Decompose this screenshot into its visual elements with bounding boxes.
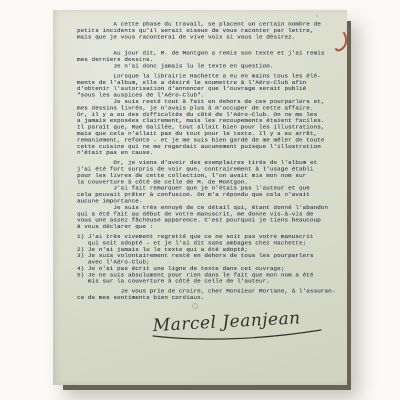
numbered-declarations: 1) J'ai très vivement regretté que ce ne… [77, 233, 349, 284]
signature-text: Marcel Jeanjean [151, 308, 301, 336]
closing-line: Je vous prie de croire, cher Monsieur Mo… [77, 288, 349, 301]
letter-body: A cette phase du travail, se placent un … [77, 21, 349, 331]
letter-paragraph: A cette phase du travail, se placent un … [77, 21, 349, 40]
signature: Marcel Jeanjean [135, 303, 325, 345]
letter-paper: ' A cette phase du travail, se placent u… [53, 10, 347, 385]
letter-paragraph: Au jour dit, M. de Montgon a remis son t… [77, 50, 349, 69]
letter-paragraph: Lorsque la librairie Hachette a eu en ma… [77, 73, 349, 156]
letter-paragraph: Or, je viens d'avoir des exemplaires tir… [77, 160, 349, 230]
photo-background: ' A cette phase du travail, se placent u… [0, 0, 400, 400]
